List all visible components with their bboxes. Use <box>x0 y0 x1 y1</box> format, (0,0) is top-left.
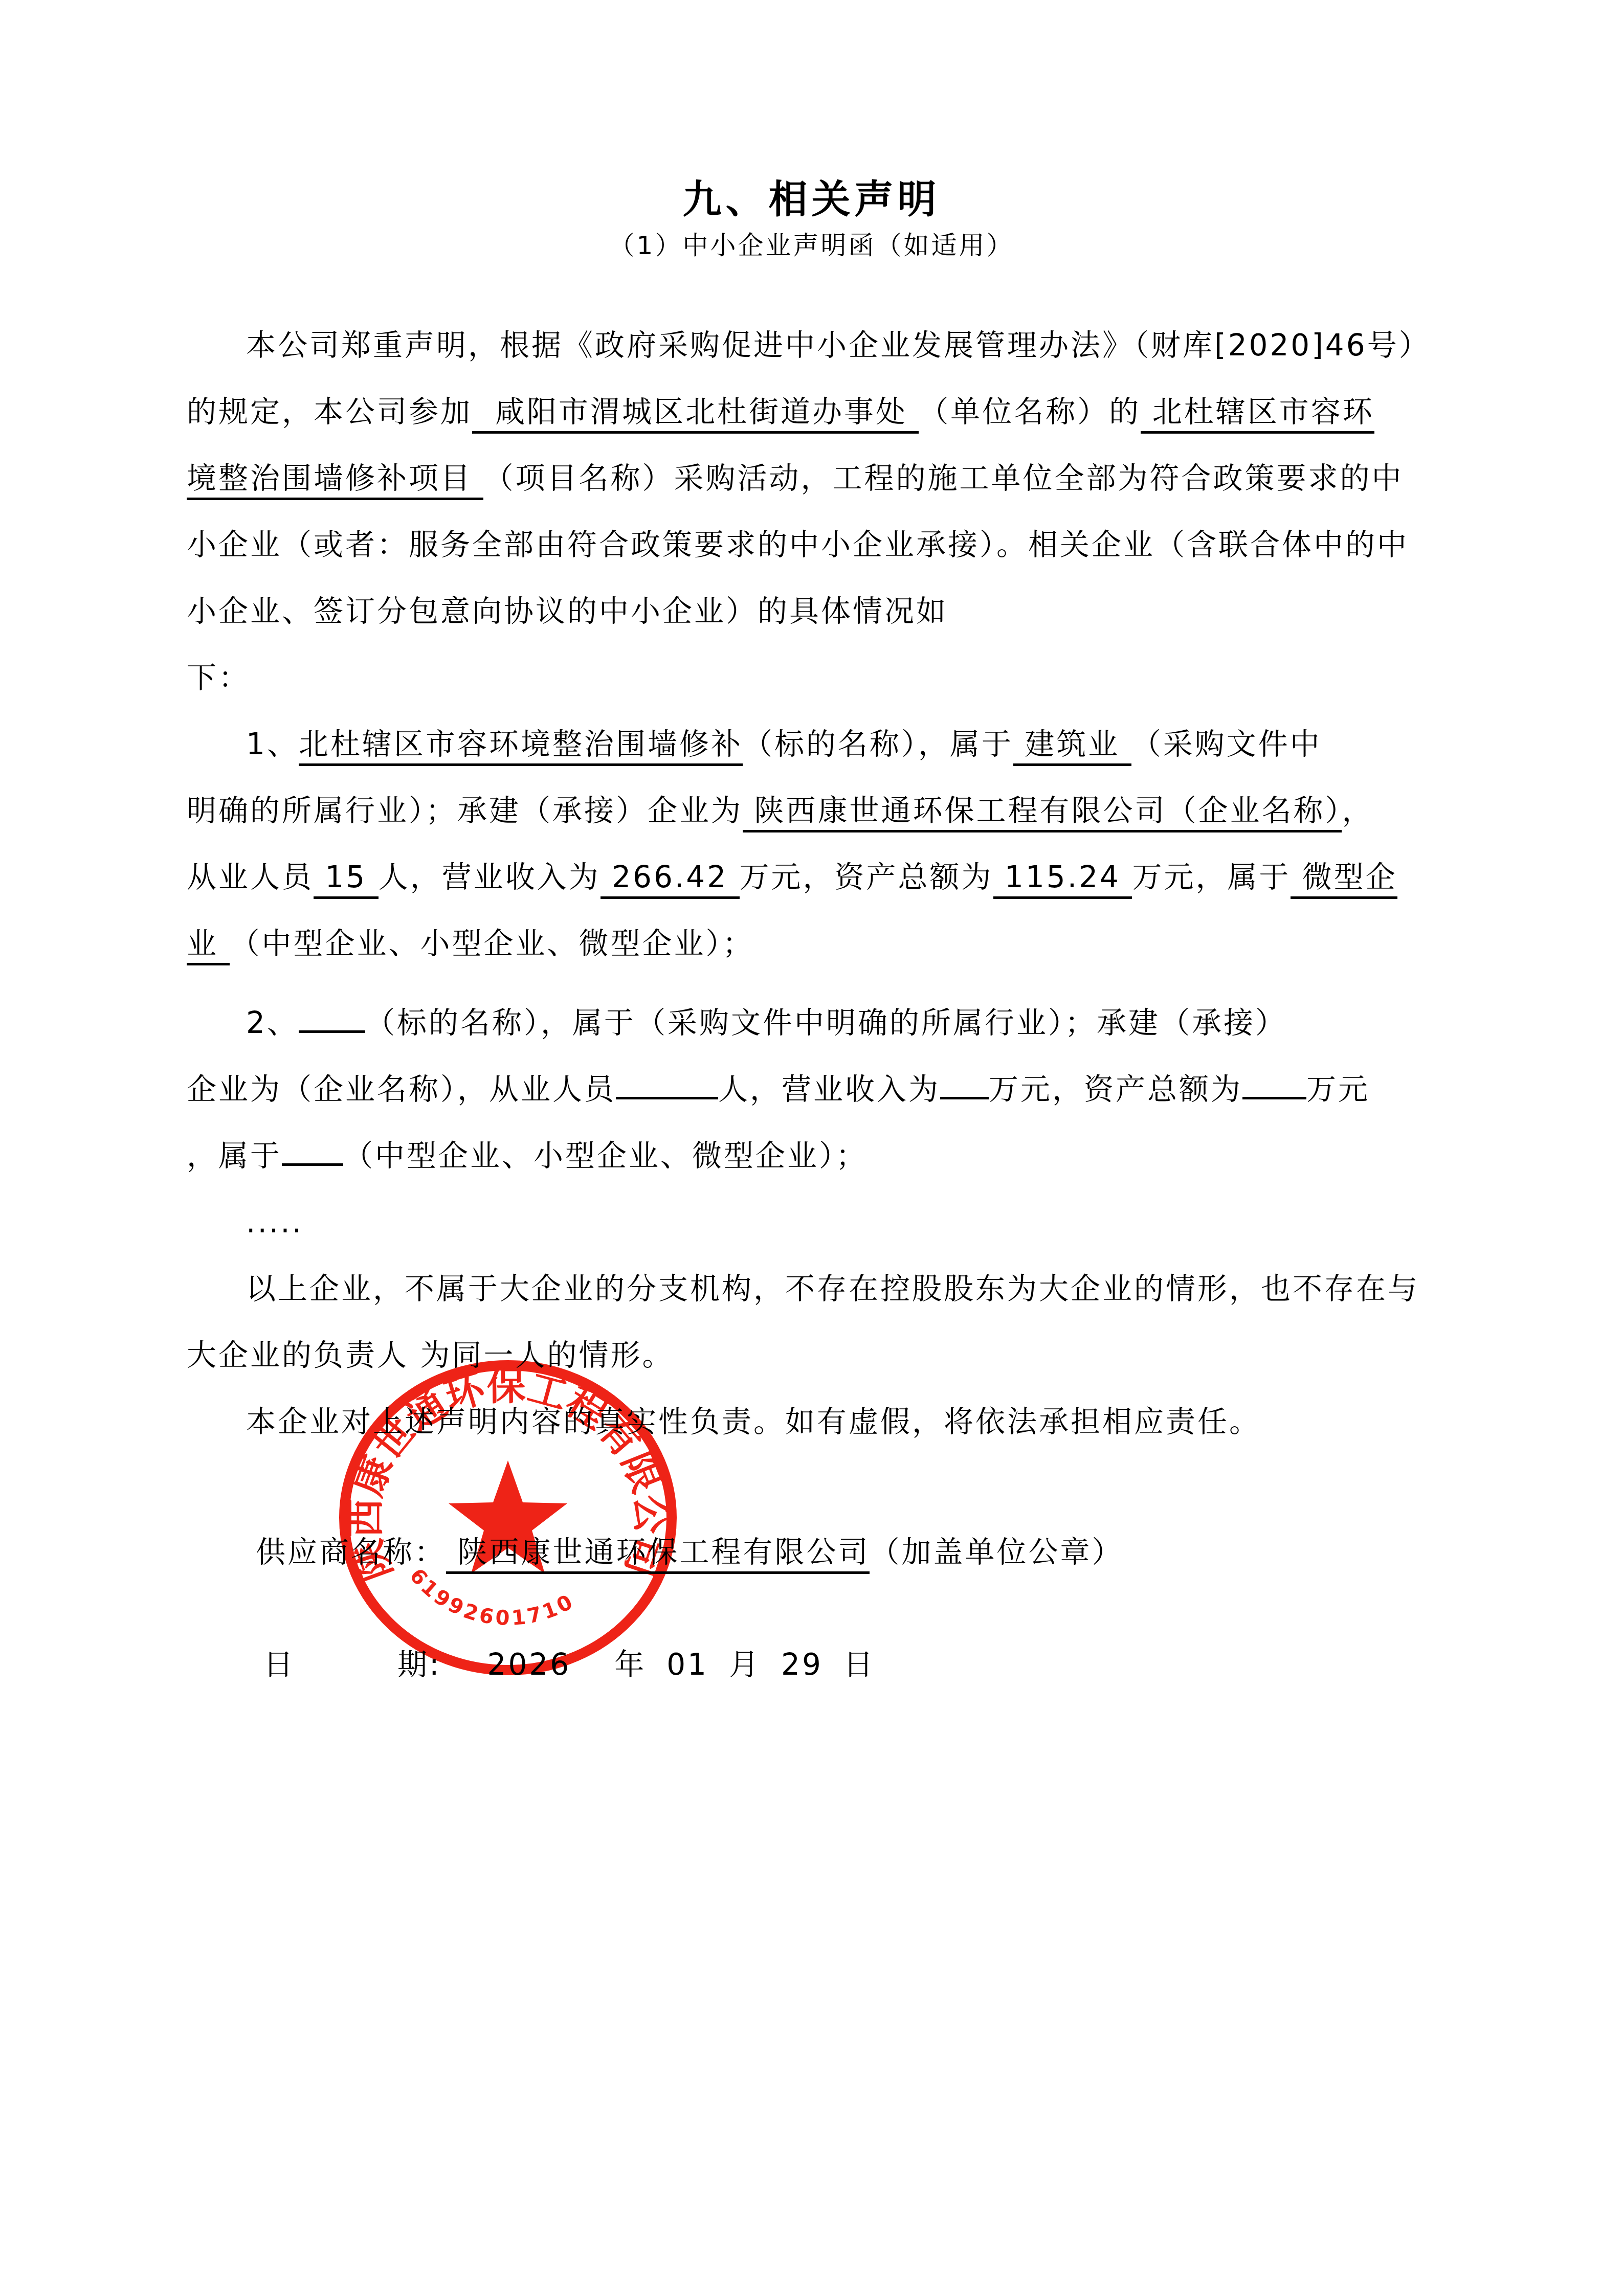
page-subtitle: （1）中小企业声明函（如适用） <box>0 230 1623 261</box>
text-segment: 从业人员 <box>187 860 314 894</box>
supplier-label: 供应商名称： <box>256 1535 446 1569</box>
blank-underline <box>282 1131 343 1166</box>
closing-line2: 大企业的负责人 为同一人的情形。 <box>187 1322 1445 1388</box>
item2-line2: 企业为（企业名称），从业人员人，营业收入为万元，资产总额为万元 <box>187 1056 1445 1122</box>
text-segment: 本企业对上述声明内容的真实性负责。如有虚假，将依法承担相应责任。 <box>246 1404 1261 1439</box>
blank-underline <box>1242 1064 1306 1099</box>
document-page: 九、相关声明 （1）中小企业声明函（如适用） 本公司郑重声明，根据《政府采购促进… <box>0 0 1623 2296</box>
paragraph1-line3: 境整治围墙修补项目 （项目名称）采购活动，工程的施工单位全部为符合政策要求的中 <box>187 445 1445 511</box>
item2-number: 2、 <box>246 1005 299 1040</box>
assets-underlined: 115.24 <box>993 860 1132 899</box>
text-segment: 下： <box>187 660 250 695</box>
text-segment: （标的名称），属于 <box>743 727 1013 761</box>
text-segment: 人，营业收入为 <box>718 1072 940 1107</box>
text-segment: 以上企业，不属于大企业的分支机构，不存在控股股东为大企业的情形，也不存在与 <box>246 1271 1419 1306</box>
item1-line2: 明确的所属行业）；承建（承接）企业为 陕西康世通环保工程有限公司（企业名称）， <box>187 777 1445 844</box>
revenue-underlined: 266.42 <box>601 860 740 899</box>
project-name-underlined-part1: 北杜辖区市容环 <box>1141 394 1374 434</box>
item1-line3: 从业人员 15 人，营业收入为 266.42 万元，资产总额为 115.24 万… <box>187 844 1445 910</box>
supplier-name-underlined: 陕西康世通环保工程有限公司 <box>446 1535 870 1574</box>
text-segment: 万元，资产总额为 <box>740 860 993 894</box>
date-line: 日期:2026年01月29日 <box>187 1631 1445 1698</box>
blank-underline <box>299 998 365 1033</box>
closing-line1: 以上企业，不属于大企业的分支机构，不存在控股股东为大企业的情形，也不存在与 <box>187 1255 1445 1322</box>
text-segment: （项目名称）采购活动，工程的施工单位全部为符合政策要求的中 <box>483 461 1403 496</box>
date-month: 01 <box>666 1647 708 1682</box>
date-year: 2026 <box>487 1647 571 1682</box>
target-name-underlined: 北杜辖区市容环境整治围墙修补 <box>299 727 743 766</box>
text-segment: 人，营业收入为 <box>379 860 601 894</box>
paragraph1-line6: 下： <box>187 644 1445 711</box>
page-title: 九、相关声明 <box>0 176 1623 222</box>
enterprise-type-underlined-part2: 业 <box>187 926 230 965</box>
date-day: 29 <box>781 1647 823 1682</box>
paragraph1-line2: 的规定，本公司参加 咸阳市渭城区北杜街道办事处 （单位名称）的 北杜辖区市容环 <box>187 378 1445 445</box>
supplier-line: 供应商名称： 陕西康世通环保工程有限公司（加盖单位公章） <box>187 1519 1445 1585</box>
text-segment: （中型企业、小型企业、微型企业）； <box>343 1138 868 1173</box>
text-segment: 的规定，本公司参加 <box>187 394 472 429</box>
supplier-suffix: （加盖单位公章） <box>870 1535 1123 1569</box>
text-segment: （标的名称），属于（采购文件中明确的所属行业）；承建（承接） <box>365 1005 1287 1040</box>
text-segment: 小企业、签订分包意向协议的中小企业）的具体情况如 <box>187 594 948 628</box>
industry-underlined: 建筑业 <box>1013 727 1131 766</box>
date-month-unit: 月 <box>729 1647 761 1682</box>
text-segment: （中型企业、小型企业、微型企业）； <box>230 926 754 961</box>
enterprise-type-underlined-part1: 微型企 <box>1291 860 1397 899</box>
text-segment: 小企业（或者：服务全部由符合政策要求的中小企业承接）。相关企业（含联合体中的中 <box>187 527 1409 562</box>
text-segment: ， <box>1342 793 1373 828</box>
text-segment: 企业为（企业名称），从业人员 <box>187 1072 616 1107</box>
item1-number: 1、 <box>246 727 299 761</box>
item2-line3: ，属于（中型企业、小型企业、微型企业）； <box>187 1122 1445 1189</box>
project-name-underlined-part2: 境整治围墙修补项目 <box>187 461 483 500</box>
date-day-unit: 日 <box>843 1647 875 1682</box>
paragraph1-line5: 小企业、签订分包意向协议的中小企业）的具体情况如 <box>187 578 1445 644</box>
blank-underline <box>616 1064 718 1099</box>
document-body: 本公司郑重声明，根据《政府采购促进中小企业发展管理办法》（财库[2020]46号… <box>187 312 1445 1698</box>
paragraph1-line4: 小企业（或者：服务全部由符合政策要求的中小企业承接）。相关企业（含联合体中的中 <box>187 511 1445 578</box>
item1-line1: 1、北杜辖区市容环境整治围墙修补（标的名称），属于 建筑业 （采购文件中 <box>187 711 1445 777</box>
blank-underline <box>940 1064 989 1099</box>
text-segment: 万元，属于 <box>1132 860 1291 894</box>
ellipsis-line: ..... <box>187 1189 1445 1255</box>
staff-count-underlined: 15 <box>314 860 379 899</box>
closing-line3: 本企业对上述声明内容的真实性负责。如有虚假，将依法承担相应责任。 <box>187 1388 1445 1455</box>
text-segment: 大企业的负责人 为同一人的情形。 <box>187 1338 674 1372</box>
text-segment: 万元，资产总额为 <box>989 1072 1242 1107</box>
text-segment: （单位名称）的 <box>919 394 1141 429</box>
date-label-ri: 日 <box>263 1647 295 1682</box>
text-segment: 本公司郑重声明，根据《政府采购促进中小企业发展管理办法》（财库[2020]46号… <box>246 328 1431 363</box>
text-segment: ，属于 <box>187 1138 282 1173</box>
text-segment: ..... <box>246 1205 303 1240</box>
item2-line1: 2、（标的名称），属于（采购文件中明确的所属行业）；承建（承接） <box>187 989 1445 1056</box>
text-segment: （采购文件中 <box>1131 727 1322 761</box>
text-segment: 万元 <box>1306 1072 1370 1107</box>
date-label-qi: 期: <box>397 1647 441 1682</box>
purchaser-name-underlined: 咸阳市渭城区北杜街道办事处 <box>472 394 919 434</box>
company-name-underlined: 陕西康世通环保工程有限公司（企业名称） <box>743 793 1342 832</box>
item1-line4: 业 （中型企业、小型企业、微型企业）； <box>187 910 1445 977</box>
paragraph1-line1: 本公司郑重声明，根据《政府采购促进中小企业发展管理办法》（财库[2020]46号… <box>187 312 1445 378</box>
date-year-unit: 年 <box>614 1647 646 1682</box>
text-segment: 明确的所属行业）；承建（承接）企业为 <box>187 793 743 828</box>
